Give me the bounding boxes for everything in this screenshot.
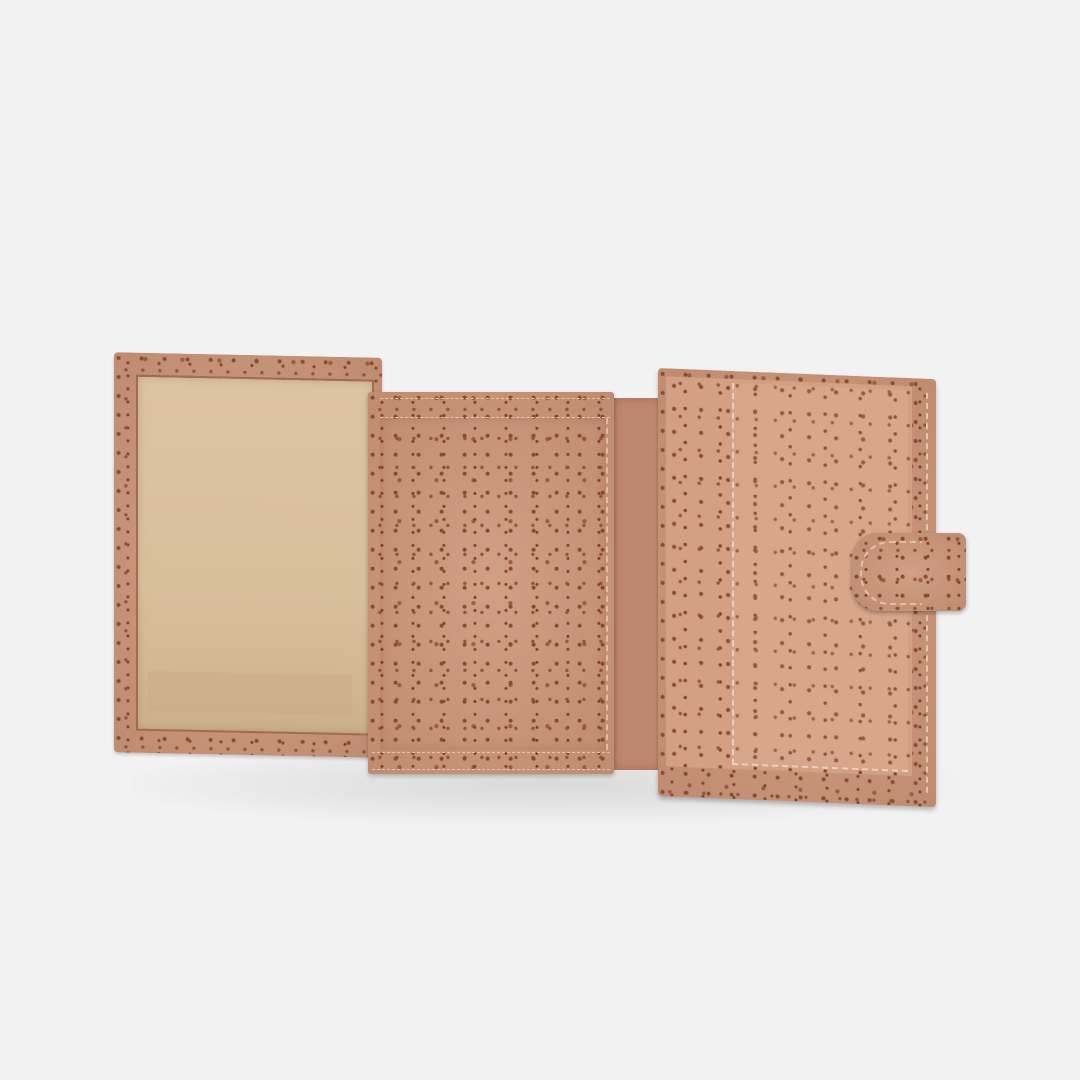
id-window <box>136 375 374 736</box>
card-slot <box>380 418 608 750</box>
snap-closure-tab <box>852 533 966 611</box>
id-window-panel <box>114 352 382 758</box>
snap-tab-stitching <box>860 541 922 605</box>
card-slot-top-strip <box>380 398 610 418</box>
card-slot-panel <box>368 392 614 774</box>
card-slot-bottom-strip <box>372 752 610 770</box>
